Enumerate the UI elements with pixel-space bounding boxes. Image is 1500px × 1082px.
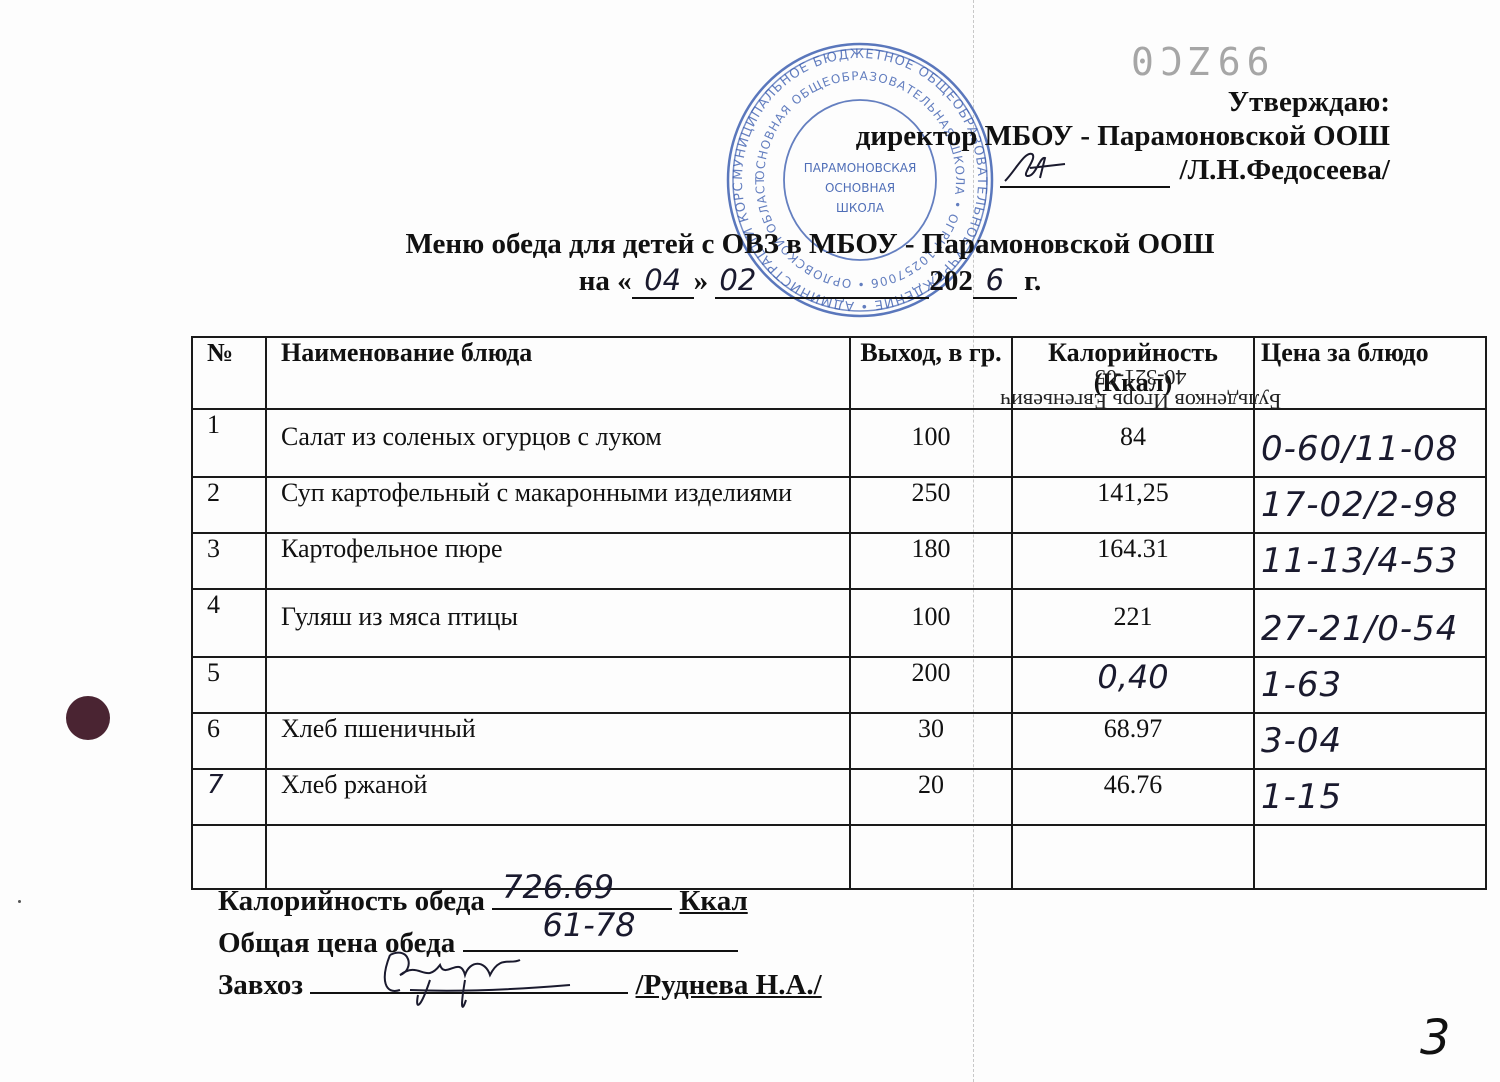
row-num: 3: [192, 533, 266, 589]
dish-name: Суп картофельный с макаронными изделиями: [266, 477, 850, 533]
approval-signatory: /Л.Н.Федосеева/: [1180, 154, 1390, 186]
header-dish: Наименование блюда: [266, 337, 850, 409]
dish-calories: 141,25: [1012, 477, 1254, 533]
dish-calories: 0,40: [1012, 657, 1254, 713]
approval-label: Утверждаю:: [1228, 84, 1390, 120]
dish-price: 1-15: [1254, 769, 1486, 825]
speck: [18, 900, 21, 903]
dish-price: 0-60/11-08: [1254, 409, 1486, 477]
dish-price: 17-02/2-98: [1254, 477, 1486, 533]
table-row: 3Картофельное пюре180164.3111-13/4-53: [192, 533, 1486, 589]
dish-price: 1-63: [1254, 657, 1486, 713]
page-number: 3: [1420, 1010, 1451, 1066]
dish-price: 27-21/0-54: [1254, 589, 1486, 657]
approval-position: директор МБОУ - Парамоновской ООШ: [856, 118, 1390, 154]
date-day: 04: [632, 263, 694, 299]
dish-name: Гуляш из мяса птицы: [266, 589, 850, 657]
dish-calories: 68.97: [1012, 713, 1254, 769]
dish-name: Хлеб ржаной: [266, 769, 850, 825]
row-num: 5: [192, 657, 266, 713]
table-row: 7Хлеб ржаной2046.761-15: [192, 769, 1486, 825]
dish-calories: [1012, 825, 1254, 889]
dish-weight: 250: [850, 477, 1012, 533]
menu-table: № Наименование блюда Выход, в гр. Калори…: [191, 336, 1487, 890]
dish-name: Хлеб пшеничный: [266, 713, 850, 769]
dish-price: [1254, 825, 1486, 889]
manager-signature: [310, 962, 628, 994]
dish-weight: 30: [850, 713, 1012, 769]
binder-hole: [66, 696, 110, 740]
table-header-row: № Наименование блюда Выход, в гр. Калори…: [192, 337, 1486, 409]
dish-calories: 221: [1012, 589, 1254, 657]
dish-weight: 180: [850, 533, 1012, 589]
approval-signature-line: /Л.Н.Федосеева/: [1000, 152, 1390, 188]
table-row: 6Хлеб пшеничный3068.973-04: [192, 713, 1486, 769]
bleedthrough-text: Бульденков Игорь Евгеньевич 40-321-05: [1000, 365, 1281, 413]
row-num: 6: [192, 713, 266, 769]
menu-date: на «04» 022026 г.: [60, 263, 1500, 299]
footer-manager: Завхоз /Руднева Н.А./: [218, 962, 822, 1002]
row-num: 1: [192, 409, 266, 477]
table-row: 52000,401-63: [192, 657, 1486, 713]
dish-name: Картофельное пюре: [266, 533, 850, 589]
signature-icon: [1000, 146, 1070, 186]
svg-text:ШКОЛА: ШКОЛА: [836, 201, 885, 215]
table-row: 4Гуляш из мяса птицы10022127-21/0-54: [192, 589, 1486, 657]
table-row: 1Салат из соленых огурцов с луком100840-…: [192, 409, 1486, 477]
dish-name: [266, 657, 850, 713]
signature-icon: [370, 940, 590, 1010]
dish-calories: 164.31: [1012, 533, 1254, 589]
menu-title: Меню обеда для детей с ОВЗ в МБОУ - Пара…: [60, 228, 1500, 261]
footer-calories: Калорийность обеда 726.69 Ккал: [218, 878, 748, 918]
date-year-digit: 6: [973, 263, 1017, 299]
date-month: 02: [715, 263, 929, 299]
dish-calories: 46.76: [1012, 769, 1254, 825]
header-num: №: [192, 337, 266, 409]
director-signature: [1000, 160, 1170, 188]
row-num: 4: [192, 589, 266, 657]
dish-weight: 20: [850, 769, 1012, 825]
dish-weight: 100: [850, 409, 1012, 477]
row-num: 2: [192, 477, 266, 533]
dish-calories: 84: [1012, 409, 1254, 477]
header-price: Цена за блюдо: [1254, 337, 1486, 409]
dish-weight: 100: [850, 589, 1012, 657]
dish-weight: [850, 825, 1012, 889]
dish-price: 11-13/4-53: [1254, 533, 1486, 589]
approval-block: Утверждаю: директор МБОУ - Парамоновской…: [690, 0, 1390, 200]
dish-price: 3-04: [1254, 713, 1486, 769]
dish-name: Салат из соленых огурцов с луком: [266, 409, 850, 477]
row-num: 7: [192, 769, 266, 825]
dish-weight: 200: [850, 657, 1012, 713]
header-weight: Выход, в гр.: [850, 337, 1012, 409]
table-row: 2Суп картофельный с макаронными изделиям…: [192, 477, 1486, 533]
